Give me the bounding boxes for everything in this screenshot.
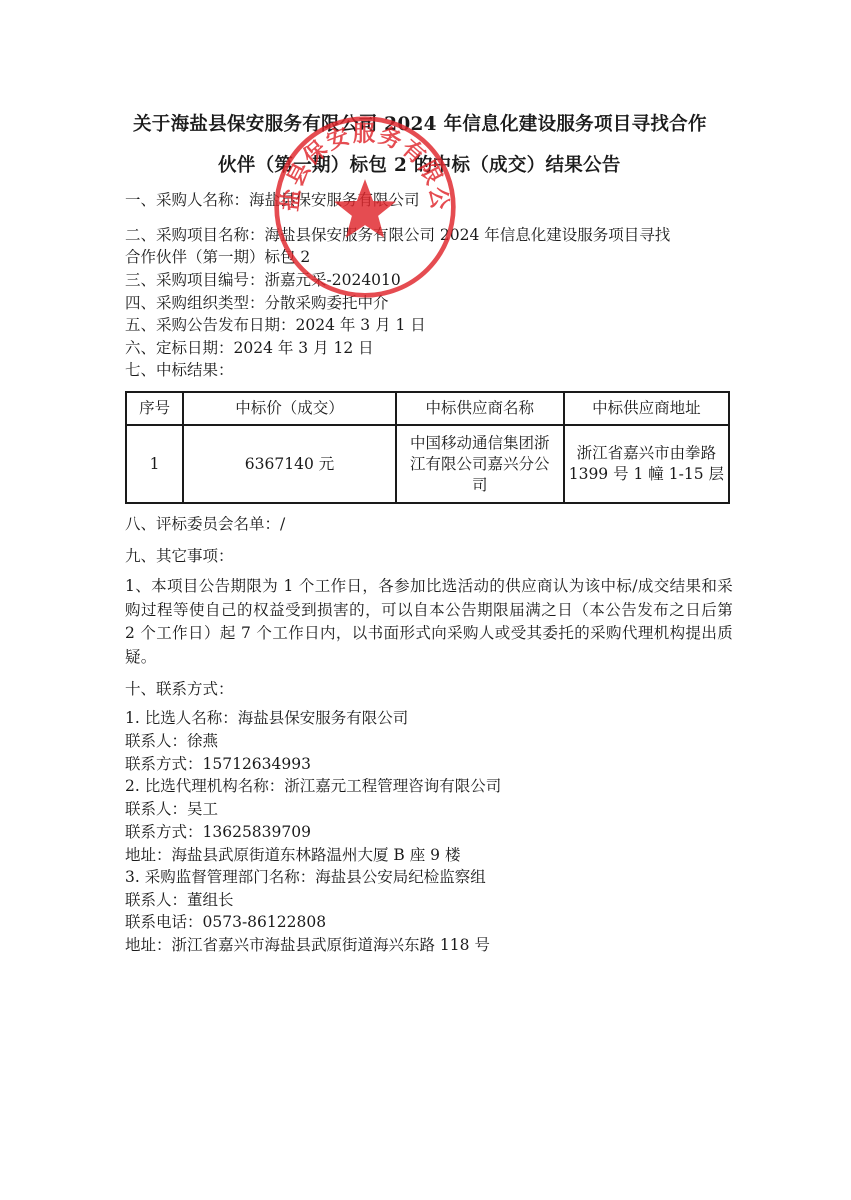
section-project-number: 三、采购项目编号：浙嘉元采-2024010: [125, 269, 401, 291]
document-title-line-1: 关于海盐县保安服务有限公司 2024 年信息化建设服务项目寻找合作: [133, 113, 707, 137]
cell-supplier-address: 浙江省嘉兴市由拳路 1399 号 1 幢 1-15 层: [564, 425, 729, 503]
contact-line: 联系方式：13625839709: [125, 821, 311, 843]
contact-line: 联系人：徐燕: [125, 730, 218, 752]
contact-line: 地址：海盐县武原街道东林路温州大厦 B 座 9 楼: [125, 844, 460, 866]
document-title-line-2: 伙伴（第一期）标包 2 的中标（成交）结果公告: [218, 154, 621, 178]
section-announcement-date: 五、采购公告发布日期：2024 年 3 月 1 日: [125, 314, 426, 336]
contact-line: 联系人：董组长: [125, 889, 234, 911]
section-organization-type: 四、采购组织类型：分散采购委托中介: [125, 292, 389, 314]
table-header-row: 序号 中标价（成交） 中标供应商名称 中标供应商地址: [126, 392, 729, 425]
section-project-name-line-1: 二、采购项目名称：海盐县保安服务有限公司 2024 年信息化建设服务项目寻找: [125, 224, 670, 246]
cell-supplier-name: 中国移动通信集团浙江有限公司嘉兴分公司: [396, 425, 564, 503]
header-price: 中标价（成交）: [183, 392, 396, 425]
section-project-name-line-2: 合作伙伴（第一期）标包 2: [125, 246, 310, 268]
section-purchaser-name: 一、采购人名称：海盐县保安服务有限公司: [125, 189, 420, 211]
award-result-table: 序号 中标价（成交） 中标供应商名称 中标供应商地址 1 6367140 元 中…: [125, 391, 730, 504]
contact-line: 联系电话：0573-86122808: [125, 911, 326, 933]
header-supplier-name: 中标供应商名称: [396, 392, 564, 425]
section-award-result-heading: 七、中标结果：: [125, 359, 234, 381]
cell-price: 6367140 元: [183, 425, 396, 503]
contact-line: 联系方式：15712634993: [125, 753, 311, 775]
contact-line: 联系人：吴工: [125, 798, 218, 820]
section-committee-list: 八、评标委员会名单：/: [125, 513, 285, 535]
contact-line: 地址：浙江省嘉兴市海盐县武原街道海兴东路 118 号: [125, 934, 490, 956]
cell-index: 1: [126, 425, 183, 503]
contact-line: 2. 比选代理机构名称：浙江嘉元工程管理咨询有限公司: [125, 775, 501, 797]
header-index: 序号: [126, 392, 183, 425]
section-contact-heading: 十、联系方式：: [125, 678, 234, 700]
section-award-date: 六、定标日期：2024 年 3 月 12 日: [125, 337, 374, 359]
document-page: 关于海盐县保安服务有限公司 2024 年信息化建设服务项目寻找合作 伙伴（第一期…: [0, 0, 851, 1200]
table-row: 1 6367140 元 中国移动通信集团浙江有限公司嘉兴分公司 浙江省嘉兴市由拳…: [126, 425, 729, 503]
section-other-matters-heading: 九、其它事项：: [125, 545, 234, 567]
section-other-matters-item-1: 1、本项目公告期限为 1 个工作日，各参加比选活动的供应商认为该中标/成交结果和…: [125, 575, 733, 669]
header-supplier-address: 中标供应商地址: [564, 392, 729, 425]
contact-line: 3. 采购监督管理部门名称：海盐县公安局纪检监察组: [125, 866, 486, 888]
contact-line: 1. 比选人名称：海盐县保安服务有限公司: [125, 707, 408, 729]
